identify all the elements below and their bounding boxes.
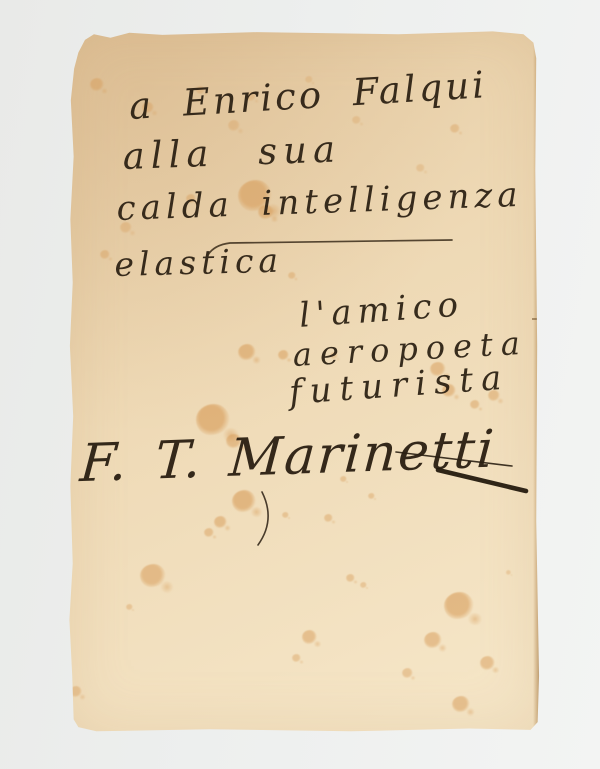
foxing-stain	[346, 574, 355, 582]
foxing-stain	[90, 78, 104, 91]
foxing-stain	[402, 668, 413, 678]
foxing-stain	[292, 654, 301, 662]
foxing-stain	[238, 344, 256, 360]
foxing-stain	[204, 528, 214, 537]
foxing-stain	[452, 696, 470, 712]
foxing-stain	[214, 516, 227, 528]
paper-edge	[533, 30, 540, 732]
foxing-stain	[360, 582, 367, 588]
foxing-stain	[470, 400, 480, 409]
foxing-stain	[450, 124, 460, 133]
foxing-stain	[324, 514, 333, 522]
foxing-stain	[302, 630, 317, 644]
foxing-stain	[416, 164, 425, 172]
signature: F. T. Marinetti	[78, 423, 497, 490]
foxing-stain	[70, 686, 82, 697]
foxing-stain	[100, 250, 110, 259]
foxing-stain	[126, 604, 133, 610]
handwriting-line-2: alla sua	[122, 130, 342, 175]
foxing-stain	[424, 632, 442, 648]
foxing-stain	[278, 350, 289, 360]
handwriting-line-5: l'amico	[298, 287, 465, 332]
foxing-stain	[232, 490, 256, 512]
paper-edge-crack	[532, 318, 540, 320]
foxing-stain	[506, 570, 511, 575]
handwriting-line-4: elastica	[114, 244, 283, 281]
photo-background: a Enrico Falqui alla sua calda intellige…	[0, 0, 600, 769]
foxing-stain	[140, 564, 166, 587]
foxing-stain	[480, 656, 495, 670]
foxing-stain	[288, 272, 296, 279]
foxing-stain	[282, 512, 289, 518]
foxing-stain	[444, 592, 474, 619]
foxing-stain	[352, 116, 361, 124]
foxing-stain	[368, 493, 375, 499]
